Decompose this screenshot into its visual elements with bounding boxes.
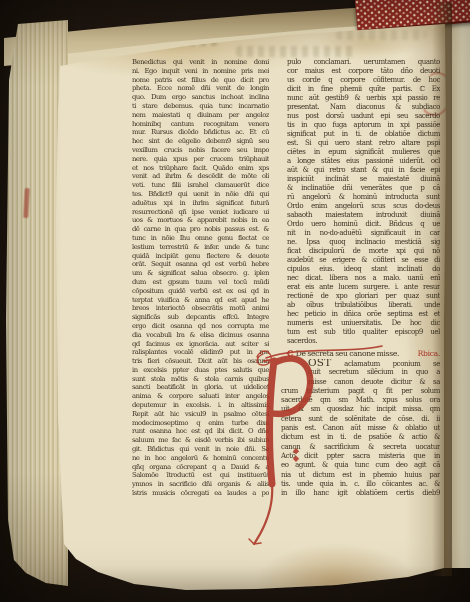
text-line: anima & corpore saluati inter angelos [132, 392, 269, 401]
text-line: nit in no-do-aduētū significauit in car [287, 229, 440, 238]
book-photo: Benedictus qui venit in nomine domini. E… [0, 0, 470, 602]
text-line: īstris musicis cōcregati ea laudes a po [132, 489, 269, 498]
text-line: nia ut dictum est in phemio huius par [281, 471, 440, 480]
text-line: ab oībus tribulatiōibus liberati. unde [287, 301, 440, 310]
text-line: breos interiectō obsecrātis motū animi [132, 304, 269, 313]
text-line: in illo hanc igit oblatiōem certis dieb9 [281, 489, 440, 498]
text-line: uit. & sm quosdaz hic incipit missa. qm [281, 405, 440, 414]
opening-caps: OST [308, 359, 331, 368]
text-line: nunc aūt gestib9 & uerbis xpi passio re [287, 94, 440, 103]
text-line: aūt & qui retro stant & qui in facie epi [287, 166, 440, 175]
text-line: numeris est uniuersitatis. De hoc dic [287, 319, 440, 328]
text-line: ciētes in epum significāt mulieres que [287, 148, 440, 157]
text-line: pheta. Ecce nomē dñi venit de longin [132, 84, 269, 93]
text-line: modecimoseptimo q enim turbe dixe [132, 419, 269, 428]
text-line: us corde q corpore cōfitemur. de hoc [287, 76, 440, 85]
text-line: resurrectionē qñ ipse veniet iudicare ui [132, 208, 269, 217]
text-line: ergo dicit osanna qd nos corrupta me [132, 322, 269, 331]
text-line: misse canon deuote dicitur & sa [287, 378, 440, 387]
text-line: crum misterium pagit q fit per solum [281, 387, 440, 396]
text-line: veti. tunc filii israhel clamauerūt dice [132, 181, 269, 190]
text-line: tris fieri cōsueuit. Dicit aūt bis osann… [132, 357, 269, 366]
text-line: quo. Dum ergo sanctus inchoat inclina [132, 93, 269, 102]
text-line: orāt. Sequit osanna qd est verbū hebre [132, 260, 269, 269]
right-column-body: pulo conclamari. uerumtamen quantocor ma… [287, 58, 440, 346]
text-line: canon & sacrificium & secreta uocatur [281, 443, 440, 452]
text-line: hec peticio in dñica orōe septima est et [287, 310, 440, 319]
left-text-column: Benedictus qui venit in nomine domini. E… [132, 58, 269, 498]
text-line: OST aclamatum pconium se [287, 359, 440, 368]
text-line: qñq organa cōcrepant q a Dauid & a [132, 463, 269, 472]
text-line: quidā incipiūt genu flectere & deuote [132, 252, 269, 261]
text-line: venit ad ihrlm & descēdit de mōte oli [132, 172, 269, 181]
rubric-label: Rbica. [418, 348, 440, 359]
text-line: rū angelorū & hominū introducta sunt [287, 193, 440, 202]
show-through-ink [236, 46, 356, 57]
heading-text: De secreta seu canone misse. [296, 348, 399, 359]
show-through-ink [336, 30, 426, 40]
text-line: sacerdos. [287, 337, 440, 346]
text-line: inspiciūt inclināt se maiestatē diuinā [287, 175, 440, 184]
text-line: tunc in nōie Ihu omne genu flectat ce [132, 234, 269, 243]
text-line: est. Si qui uero stant retro altare pspi [287, 139, 440, 148]
book-page: Benedictus qui venit in nomine domini. E… [36, 20, 446, 594]
text-line: terptat viuifica & anna qd est apud he [132, 296, 269, 305]
text-line: Ordo uero hominū dicit. Bñdcus q ue [287, 220, 440, 229]
text-line: nem maiestati q diuinam per angeloz [132, 111, 269, 120]
text-line: a longe stātes eius passionē uiderūt. oc… [287, 157, 440, 166]
text-line: Benedictus qui venit in nomine domi [132, 58, 269, 67]
text-line: ne. Ipsa quoq inclinacio mesticiā sig [287, 238, 440, 247]
text-line: hec sint de eūgelio debem9 signū seu [132, 137, 269, 146]
text-line: presentat. Nam diaconus & subdiaco [287, 103, 440, 112]
text-line: sancti beatificāt in gloria. ut uidelice… [132, 383, 269, 392]
text-line: nec dicat. libera nos a malo. uanū enī [287, 274, 440, 283]
adjacent-page-edge [444, 0, 470, 568]
text-line: runt osanna hoc est qd ibi dicit. O dñe [132, 427, 269, 436]
text-line: tis. unde quia in. c. illo cōicantes ac.… [281, 480, 440, 489]
text-line: panis est. Canon aūt misse & oblatio ut [281, 424, 440, 433]
text-line: significās sub depcantis effcū. Integre [132, 313, 269, 322]
text-line: nere. quia xpus per crucem triūphauit [132, 155, 269, 164]
text-line: rectionē de xpo gloriari per quaz sunt [287, 292, 440, 301]
text-line: saluum me fac & eisdē verbis ibi subiun [132, 436, 269, 445]
text-line: dē carne in qua pro nobis passus est. & [132, 225, 269, 234]
text-line: cōpositum quidē verbū est ex osi qd in [132, 287, 269, 296]
text-line: dum est gpsum tuum vel tocū mūdi [132, 278, 269, 287]
text-line: ni. Ego inquit veni in nomine pris mei [132, 67, 269, 76]
text-line: et nos triūphare facit. Quādo enim xps [132, 164, 269, 173]
opening-line-rest: aclamatum pconium se [344, 360, 440, 368]
text-line: lestium terrestriū & infer. unde & tunc [132, 243, 269, 252]
pilcrow-icon: ℂ [287, 348, 293, 359]
text-line: ralisplantes vocalē elidim9 put in me [132, 348, 269, 357]
text-line: mur. Rursus dicēdo bñdictus ac. Et cū [132, 128, 269, 137]
canon-paragraph: OST aclamatum pconium se quit secretum s… [287, 359, 440, 498]
text-line: nus post dorsū uadunt epi seu sacerdo [287, 112, 440, 121]
text-line: ne in hoc angelorū & hominū concentu [132, 454, 269, 463]
text-line: cipulos eius. ideoq stant inclinati do [287, 265, 440, 274]
text-line: Actō dicit ppter sacra misteria que in [281, 452, 440, 461]
text-line: ti stare debemus. quia tunc incarnatio [132, 102, 269, 111]
canon-paragraph-lines: quit secretum silēcium in quo amisse can… [287, 368, 440, 498]
text-line: dictum est in ti. de psatiōe & actio & [281, 433, 440, 442]
section-heading: ℂ De secreta seu canone misse. Rbica. [287, 348, 440, 359]
text-line: & inclinatiōe dñi venerātes que p cā [287, 184, 440, 193]
text-line: vexillum crucis nobis facere seu impo [132, 146, 269, 155]
text-line: Salomōe ītroductū est qui instituerūt [132, 471, 269, 480]
text-line: significat put in ti. de oblatiōe dictum [287, 130, 440, 139]
text-line: pulo conclamari. uerumtamen quanto [287, 58, 440, 67]
red-edge-mark [23, 188, 30, 218]
text-line: sacerdotē qm sm Math. xpus solus ora [281, 396, 440, 405]
text-line: sabaoth maiestatem introduxit diuinā [287, 211, 440, 220]
text-line: aduētus xpi in ihrlm significat futurā [132, 199, 269, 208]
text-line: hominibq cantum recognitam venera [132, 120, 269, 129]
text-line: cor maius est corpore tāto dño deuoti [287, 67, 440, 76]
text-line: ymnos in sacrificio dñi organis & aliis [132, 480, 269, 489]
text-line: in excelsis ppter duas ptes salutis que [132, 366, 269, 375]
text-line: tes. Bñdict9 qui uenit in nōie dñi qui [132, 190, 269, 199]
text-line: cetera sunt de solēnitate de cōse. di. i… [281, 415, 440, 424]
text-line: ficat discipulorū de morte xpi qui nō [287, 247, 440, 256]
text-line: qd facimus ex ignorācia. aut sciter si [132, 340, 269, 349]
text-line: tum est sub titlo qualiter episcop9 uel [287, 328, 440, 337]
text-line: audebūt se erigere & cōfiteri se esse di [287, 256, 440, 265]
text-line: quit secretum silēcium in quo a [287, 368, 440, 377]
text-line: dia vocabuli lra & elisa dicimus osanna [132, 331, 269, 340]
text-line: nome patris est filius de quo dicit pro [132, 76, 269, 85]
text-line: Repit aūt hic vsicul9 in psalmo cētesi [132, 410, 269, 419]
text-line: dicit in fine phemii quīte partis. ℂ Ex [287, 85, 440, 94]
text-line: Ordo enim angelorū scus scus do-deus [287, 202, 440, 211]
text-line: erat eis ante lucem surgere. i. ante res… [287, 283, 440, 292]
text-line: deputemur in excelsis. i. in altissimis [132, 401, 269, 410]
text-line: um & significat salua obsecro. g. iplen [132, 269, 269, 278]
text-line: sunt stola mētis & stola carnis quibus [132, 375, 269, 384]
text-line: uos & mortuos & apparebit nobis in ea [132, 216, 269, 225]
text-line: eo agunt. & quia tunc cum deo agit cā [281, 461, 440, 470]
text-line: tis in quo fuga aptorum in xpi passiōe [287, 121, 440, 130]
text-line: git. Bñdictus qui venit in noie dñi. Sa [132, 445, 269, 454]
right-text-column: pulo conclamari. uerumtamen quantocor ma… [287, 58, 440, 498]
